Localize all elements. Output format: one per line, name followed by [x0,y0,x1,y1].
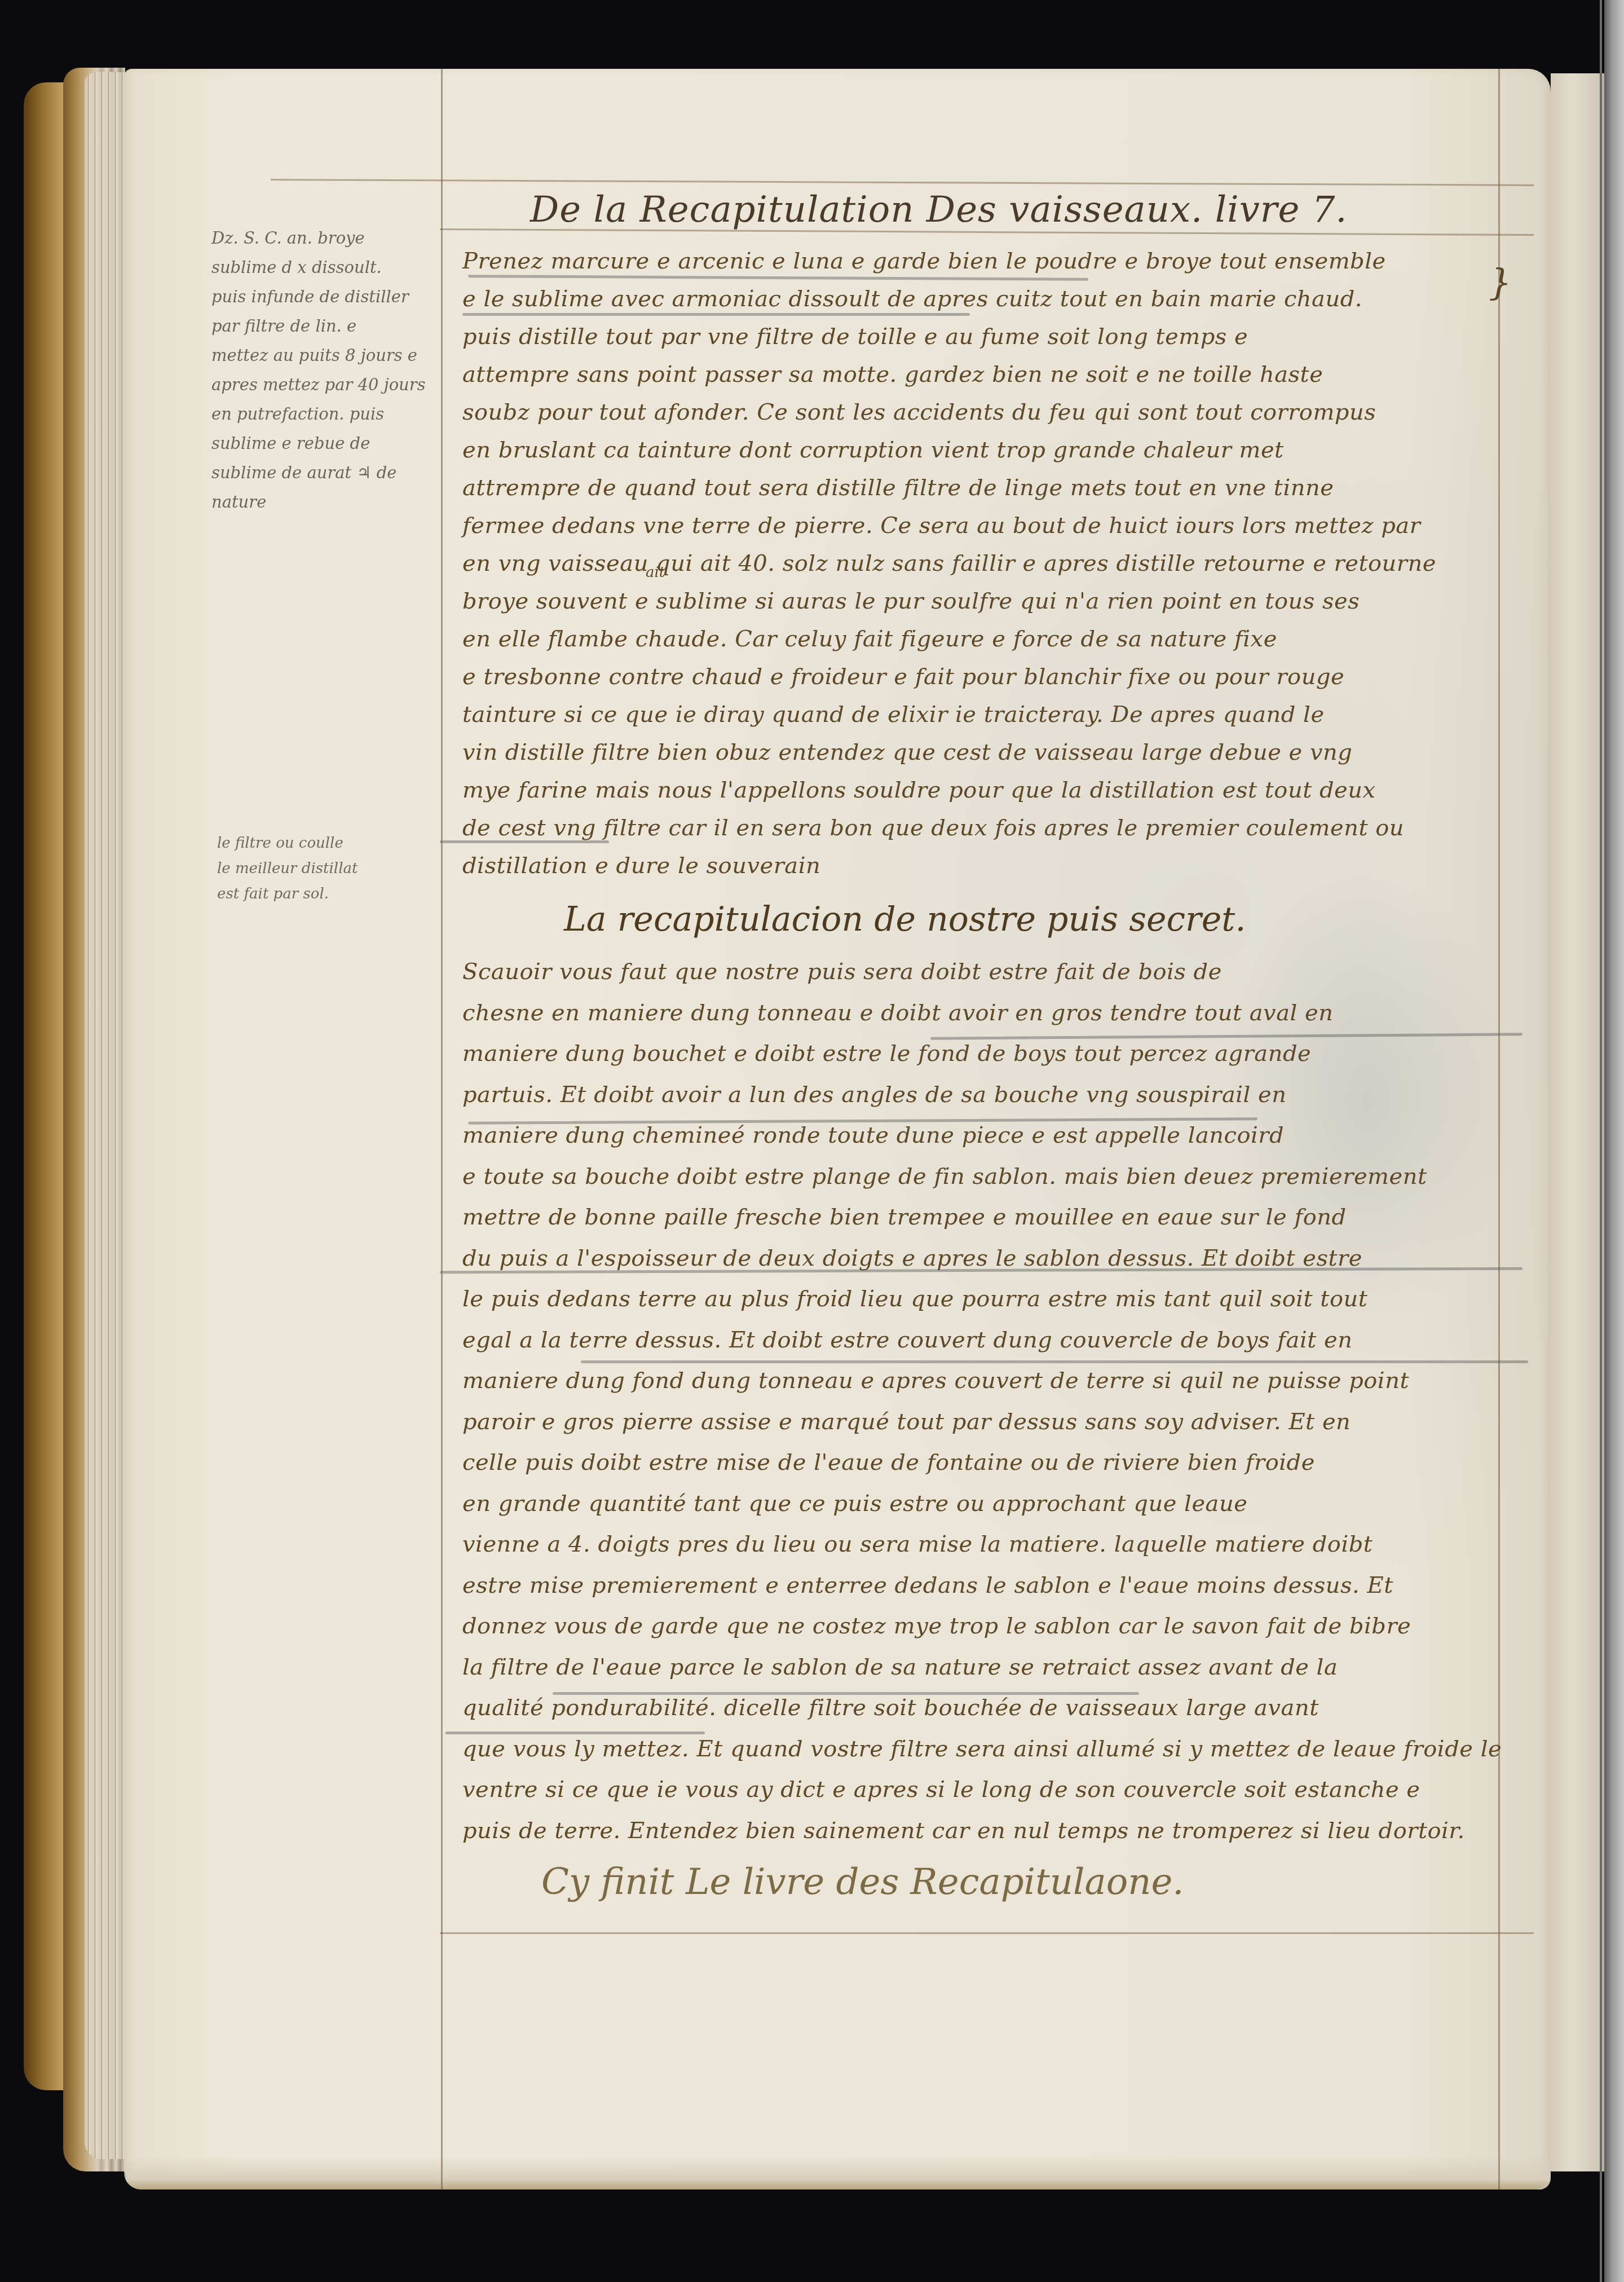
interlinear-insertion: ait [646,564,665,581]
text-line: en grande quantité tant que ce puis estr… [462,1491,1247,1517]
text-line: fermee dedans vne terre de pierre. Ce se… [462,513,1420,539]
text-line: donnez vous de garde que ne costez mye t… [462,1613,1411,1639]
text-line: vin distille filtre bien obuz entendez q… [462,739,1352,765]
underline [440,840,609,843]
underline [553,1692,1139,1695]
text-line: Dz. S. C. an. broye [211,228,365,248]
text-line: le filtre ou coulle [217,835,343,852]
facing-leaf [1551,73,1604,2171]
text-line: maniere dung chemineé ronde toute dune p… [462,1122,1284,1148]
text-line: sublime de aurat ♃ de [211,463,396,482]
text-line: maniere dung fond dung tonneau e apres c… [462,1368,1409,1394]
text-line: vienne a 4. doigts pres du lieu ou sera … [462,1531,1373,1557]
text-line: en elle flambe chaude. Car celuy fait fi… [462,626,1277,652]
margin-rule-left [441,69,443,2190]
text-line: puis de terre. Entendez bien sainement c… [462,1818,1465,1844]
text-line: du puis a l'espoisseur de deux doigts e … [462,1245,1362,1271]
text-line: attrempre de quand tout sera distille fi… [462,475,1334,501]
text-line: soubz pour tout afonder. Ce sont les acc… [462,399,1376,425]
text-line: partuis. Et doibt avoir a lun des angles… [462,1082,1286,1108]
book-cover-edge [24,82,67,2090]
text-line: mye farine mais nous l'appellons souldre… [462,777,1376,803]
text-line: puis infunde de distiller [211,287,409,306]
text-line: mettez au puits 8 jours e [211,346,417,365]
underline [581,1360,1528,1363]
text-line: e toute sa bouche doibt estre plange de … [462,1164,1427,1190]
text-line: mettre de bonne paille fresche bien trem… [462,1204,1347,1230]
text-line: chesne en maniere dung tonneau e doibt a… [462,1000,1333,1026]
text-line: ventre si ce que ie vous ay dict e apres… [462,1777,1420,1803]
text-line: est fait par sol. [217,886,329,902]
text-line: le puis dedans terre au plus froid lieu … [462,1286,1367,1312]
explicit: Cy finit Le livre des Recapitulaone. [541,1861,1184,1903]
glass-plate-edge [1600,0,1602,2282]
page-stack-edges [85,72,124,2159]
text-line: la filtre de l'eaue parce le sablon de s… [462,1654,1338,1680]
text-line: que vous ly mettez. Et quand vostre filt… [462,1736,1502,1762]
text-line: attempre sans point passer sa motte. gar… [462,362,1323,387]
text-line: sublime d x dissoult. [211,258,382,277]
text-line: estre mise premierement e enterree dedan… [462,1572,1393,1598]
text-line: e tresbonne contre chaud e froideur e fa… [462,664,1344,690]
text-line: Scauoir vous faut que nostre puis sera d… [462,959,1222,985]
text-line: paroir e gros pierre assise e marqué tou… [462,1409,1351,1435]
rule-bottom [440,1932,1534,1934]
facing-page-edge [1604,0,1624,2282]
text-line: puis distille tout par vne filtre de toi… [462,324,1248,350]
underline [462,313,970,316]
text-line: celle puis doibt estre mise de l'eaue de… [462,1450,1315,1475]
text-line: en putrefaction. puis [211,404,384,424]
marginal-bracket: } [1489,262,1512,304]
underline [445,1732,705,1734]
text-line: maniere dung bouchet e doibt estre le fo… [462,1041,1311,1067]
text-line: e le sublime avec armoniac dissoult de a… [462,286,1362,312]
running-title: De la Recapitulation Des vaisseaux. livr… [530,189,1348,231]
text-line: distillation e dure le souverain [462,853,820,879]
text-line: de cest vng filtre car il en sera bon qu… [462,815,1404,841]
text-line: qualité pondurabilité. dicelle filtre so… [462,1695,1319,1721]
text-line: le meilleur distillat [217,860,358,877]
section-title: La recapitulacion de nostre puis secret. [564,900,1246,939]
text-line: en bruslant ca tainture dont corruption … [462,437,1284,463]
text-line: tainture si ce que ie diray quand de eli… [462,702,1325,728]
text-line: egal a la terre dessus. Et doibt estre c… [462,1327,1352,1353]
text-line: en vng vaisseau qui ait 40. solz nulz sa… [462,550,1436,576]
text-line: sublime e rebue de [211,434,370,453]
text-line: apres mettez par 40 jours [211,375,426,394]
text-line: broye souvent e sublime si auras le pur … [462,588,1360,614]
text-line: Prenez marcure e arcenic e luna e garde … [462,248,1386,274]
text-line: nature [211,492,266,512]
text-line: par filtre de lin. e [211,316,356,336]
